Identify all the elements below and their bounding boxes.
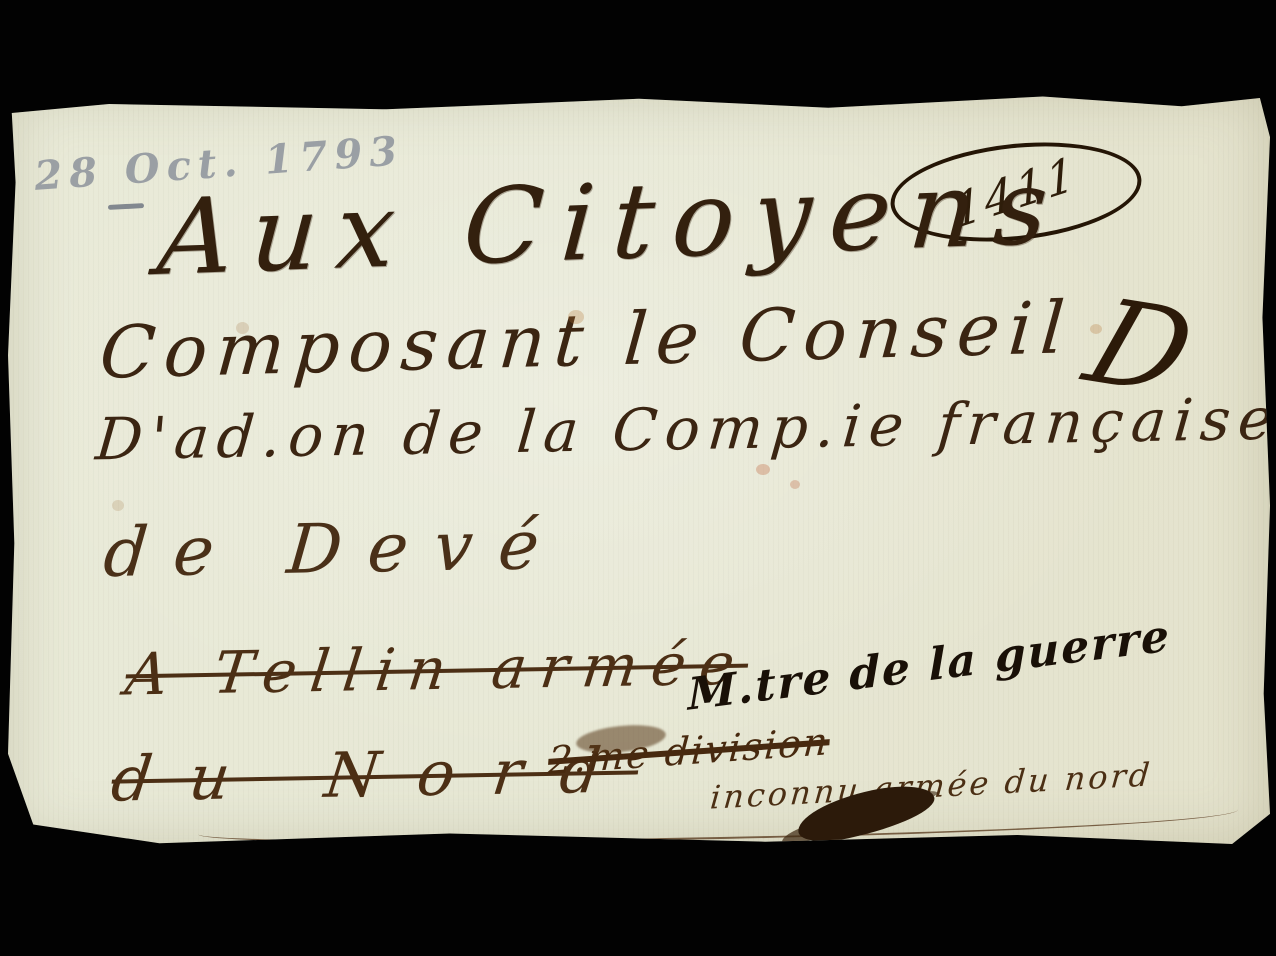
photo-background: 28 Oct. 1793 1411 Aux Citoyens Composant…	[0, 0, 1276, 956]
crossed-out-destination-line1: A Tellin armée	[122, 635, 751, 704]
foxing-spot	[1090, 324, 1102, 334]
redirection-ministre-guerre: M.tre de la guerre	[687, 614, 1171, 718]
foxing-spot	[790, 480, 800, 489]
address-line-administration-compagnie: D'ad.on de la Comp.ie française	[94, 390, 1276, 469]
foxing-spot	[756, 464, 770, 475]
foxing-spot	[568, 310, 584, 324]
foxing-spot	[236, 322, 249, 334]
foxing-spot	[112, 500, 124, 511]
address-line-de-deve: de Devé	[101, 512, 568, 588]
letter-cover: 28 Oct. 1793 1411 Aux Citoyens Composant…	[8, 92, 1270, 844]
pencil-underline-mark	[108, 203, 144, 210]
address-line-composant-le-conseil: Composant le Conseil	[97, 291, 1076, 389]
address-line-aux-citoyens: Aux Citoyens	[155, 154, 1069, 290]
